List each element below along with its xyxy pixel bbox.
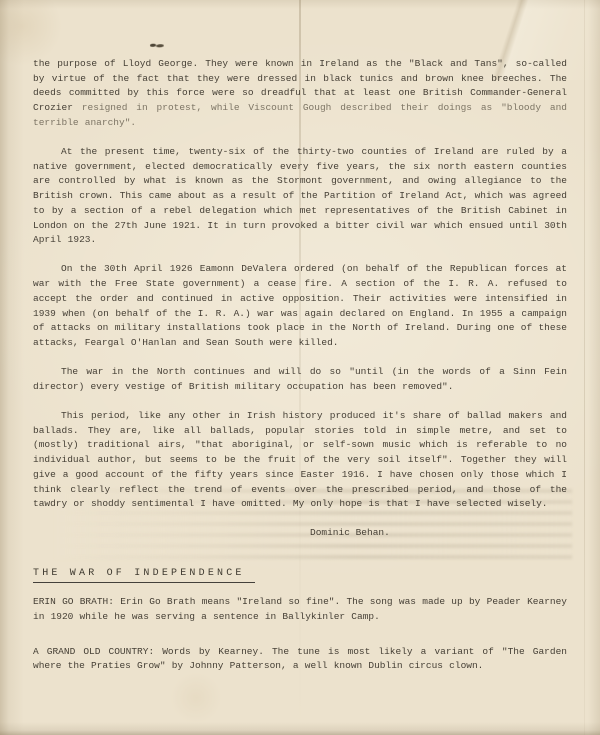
paragraph-civil-war: On the 30th April 1926 Eamonn DeValera o…	[33, 262, 567, 350]
paragraph-war-in-north: The war in the North continues and will …	[33, 365, 567, 394]
song-title-erin-go-brath: ERIN GO BRATH:	[33, 596, 114, 607]
song-note-a-grand-old-country: A GRAND OLD COUNTRY: Words by Kearney. T…	[33, 645, 567, 674]
section-heading-war-of-independence: THE WAR OF INDEPENDENCE	[33, 567, 567, 583]
paragraph-black-and-tans-faded-line: resigned in protest, while Viscount Goug…	[33, 102, 567, 128]
paragraph-black-and-tans: the purpose of Lloyd George. They were k…	[33, 57, 567, 131]
author-signature: Dominic Behan.	[310, 526, 567, 541]
paragraph-ballads: This period, like any other in Irish his…	[33, 409, 567, 512]
song-note-erin-go-brath: ERIN GO BRATH: Erin Go Brath means "Irel…	[33, 595, 567, 624]
paragraph-partition: At the present time, twenty-six of the t…	[33, 145, 567, 248]
ink-smudge	[150, 43, 164, 50]
scanned-page: the purpose of Lloyd George. They were k…	[0, 0, 600, 735]
page-content: the purpose of Lloyd George. They were k…	[33, 57, 567, 694]
song-description-erin-go-brath: Erin Go Brath means "Ireland so fine". T…	[33, 596, 567, 622]
song-title-a-grand-old-country: A GRAND OLD COUNTRY:	[33, 646, 154, 657]
right-fold-line	[584, 0, 585, 735]
section-heading-text: THE WAR OF INDEPENDENCE	[33, 567, 255, 583]
